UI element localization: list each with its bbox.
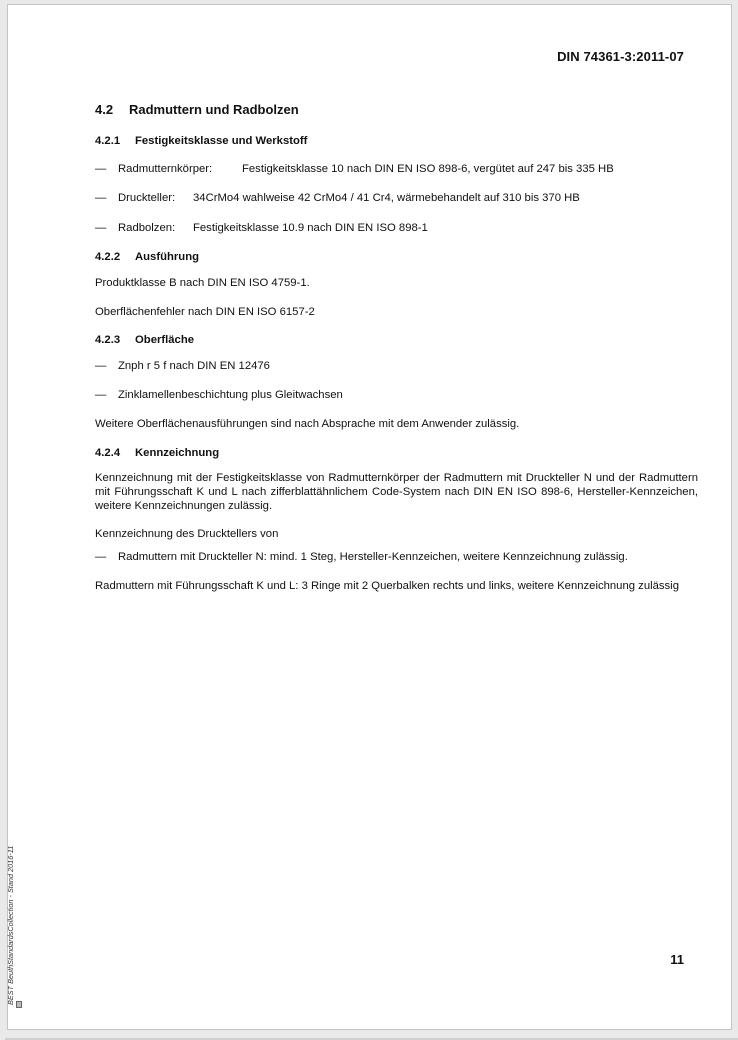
dash-bullet-icon: — xyxy=(95,191,118,205)
document-viewer: DIN 74361-3:2011-07 4.2Radmuttern und Ra… xyxy=(0,0,738,1040)
subsection-heading-4-2-4: 4.2.4Kennzeichnung xyxy=(95,446,219,460)
subsection-title: Festigkeitsklasse und Werkstoff xyxy=(135,135,307,147)
document-page: DIN 74361-3:2011-07 4.2Radmuttern und Ra… xyxy=(7,4,732,1030)
list-item-text: Festigkeitsklasse 10 nach DIN EN ISO 898… xyxy=(242,163,614,175)
dash-bullet-icon: — xyxy=(95,388,118,402)
paragraph: Kennzeichnung mit der Festigkeitsklasse … xyxy=(95,471,698,513)
subsection-heading-4-2-1: 4.2.1Festigkeitsklasse und Werkstoff xyxy=(95,134,307,148)
subsection-number: 4.2.2 xyxy=(95,250,135,264)
subsection-number: 4.2.3 xyxy=(95,333,135,347)
subsection-title: Kennzeichnung xyxy=(135,447,219,459)
section-title: Radmuttern und Radbolzen xyxy=(129,102,299,117)
list-item-text: Radmuttern mit Druckteller N: mind. 1 St… xyxy=(118,551,628,563)
list-item: —Radmuttern mit Druckteller N: mind. 1 S… xyxy=(95,550,628,564)
section-heading: 4.2Radmuttern und Radbolzen xyxy=(95,103,299,117)
list-item-term: Radbolzen: xyxy=(118,221,193,235)
subsection-title: Oberfläche xyxy=(135,334,194,346)
paragraph: Weitere Oberflächenausführungen sind nac… xyxy=(95,417,698,431)
list-item-text: Znph r 5 f nach DIN EN 12476 xyxy=(118,360,270,372)
section-number: 4.2 xyxy=(95,103,129,117)
list-item-text: Zinklamellenbeschichtung plus Gleitwachs… xyxy=(118,389,343,401)
list-item-term: Druckteller: xyxy=(118,191,193,205)
list-item-text: Festigkeitsklasse 10.9 nach DIN EN ISO 8… xyxy=(193,222,428,234)
list-item: —Radmutternkörper:Festigkeitsklasse 10 n… xyxy=(95,162,614,176)
dash-bullet-icon: — xyxy=(95,550,118,564)
side-watermark: BEST BeuthStandardsCollection - Stand 20… xyxy=(6,846,15,1005)
subsection-heading-4-2-3: 4.2.3Oberfläche xyxy=(95,333,194,347)
list-item: —Radbolzen:Festigkeitsklasse 10.9 nach D… xyxy=(95,221,428,235)
document-icon xyxy=(16,1001,22,1008)
dash-bullet-icon: — xyxy=(95,162,118,176)
document-id: DIN 74361-3:2011-07 xyxy=(557,49,684,64)
paragraph: Kennzeichnung des Drucktellers von xyxy=(95,527,698,541)
paragraph: Oberflächenfehler nach DIN EN ISO 6157-2 xyxy=(95,305,698,319)
dash-bullet-icon: — xyxy=(95,359,118,373)
paragraph: Produktklasse B nach DIN EN ISO 4759-1. xyxy=(95,276,698,290)
subsection-title: Ausführung xyxy=(135,251,199,263)
list-item-text: 34CrMo4 wahlweise 42 CrMo4 / 41 Cr4, wär… xyxy=(193,192,580,204)
list-item: —Zinklamellenbeschichtung plus Gleitwach… xyxy=(95,388,343,402)
subsection-heading-4-2-2: 4.2.2Ausführung xyxy=(95,250,199,264)
page-number: 11 xyxy=(670,952,684,967)
dash-bullet-icon: — xyxy=(95,221,118,235)
paragraph: Radmuttern mit Führungsschaft K und L: 3… xyxy=(95,579,698,593)
list-item: —Druckteller:34CrMo4 wahlweise 42 CrMo4 … xyxy=(95,191,580,205)
subsection-number: 4.2.4 xyxy=(95,446,135,460)
list-item: —Znph r 5 f nach DIN EN 12476 xyxy=(95,359,270,373)
subsection-number: 4.2.1 xyxy=(95,134,135,148)
list-item-term: Radmutternkörper: xyxy=(118,162,242,176)
